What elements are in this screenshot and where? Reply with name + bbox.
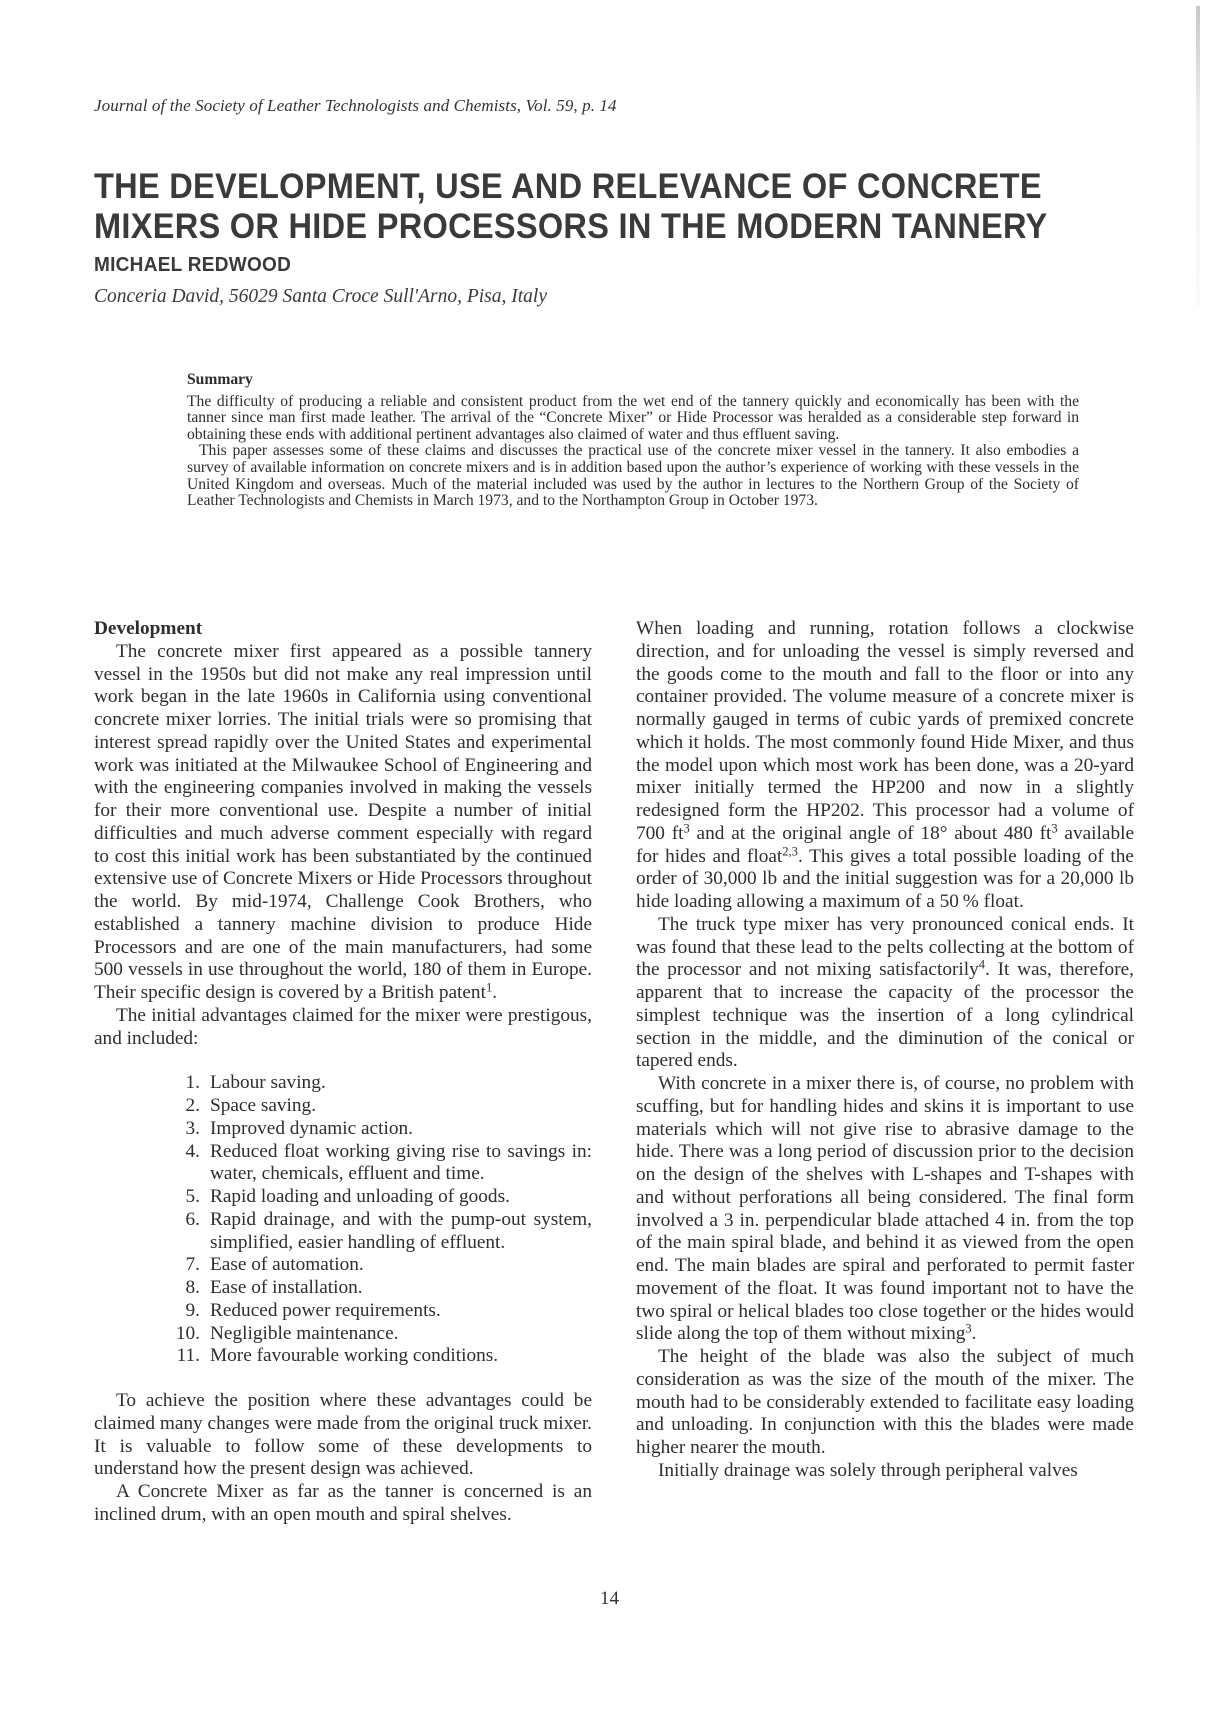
list-item: 9.Reduced power requirements. bbox=[94, 1300, 592, 1323]
page-number: 14 bbox=[600, 1588, 619, 1610]
list-text: More favourable working conditions. bbox=[210, 1345, 498, 1366]
body-paragraph: The initial advantages claimed for the m… bbox=[94, 1005, 592, 1051]
reference-marker: 2,3 bbox=[782, 844, 798, 858]
list-text: Reduced float working giving rise to sav… bbox=[210, 1141, 592, 1185]
body-paragraph: The truck type mixer has very pronounced… bbox=[636, 914, 1134, 1073]
paragraph-text: With concrete in a mixer there is, of co… bbox=[636, 1073, 1134, 1344]
summary-heading: Summary bbox=[187, 372, 1079, 389]
body-paragraph: Initially drainage was solely through pe… bbox=[636, 1460, 1134, 1483]
article-title: THE DEVELOPMENT, USE AND RELEVANCE OF CO… bbox=[94, 167, 1098, 247]
body-paragraph: A Concrete Mixer as far as the tanner is… bbox=[94, 1481, 592, 1527]
list-item: 5.Rapid loading and unloading of goods. bbox=[94, 1186, 592, 1209]
list-text: Negligible maintenance. bbox=[210, 1323, 398, 1344]
list-item: 6.Rapid drainage, and with the pump-out … bbox=[94, 1209, 592, 1255]
list-text: Improved dynamic action. bbox=[210, 1118, 413, 1139]
title-line: THE DEVELOPMENT, USE AND RELEVANCE OF CO… bbox=[94, 167, 1098, 207]
summary-section: Summary The difficulty of producing a re… bbox=[187, 372, 1079, 510]
list-text: Space saving. bbox=[210, 1095, 316, 1116]
paragraph-text: The concrete mixer first appeared as a p… bbox=[94, 641, 592, 1003]
paragraph-text: . bbox=[972, 1323, 977, 1344]
title-line: MIXERS OR HIDE PROCESSORS IN THE MODERN … bbox=[94, 207, 1098, 247]
summary-paragraph: This paper assesses some of these claims… bbox=[187, 443, 1079, 509]
list-number: 5. bbox=[94, 1186, 200, 1209]
list-item: 7.Ease of automation. bbox=[94, 1254, 592, 1277]
body-paragraph: With concrete in a mixer there is, of co… bbox=[636, 1073, 1134, 1346]
list-item: 11.More favourable working conditions. bbox=[94, 1345, 592, 1368]
right-column: When loading and running, rotation follo… bbox=[636, 618, 1134, 1483]
list-number: 7. bbox=[94, 1254, 200, 1277]
list-number: 4. bbox=[94, 1141, 200, 1164]
list-number: 10. bbox=[94, 1323, 200, 1346]
author-affiliation: Conceria David, 56029 Santa Croce Sull'A… bbox=[94, 286, 547, 308]
paragraph-text: . bbox=[492, 982, 497, 1003]
list-number: 11. bbox=[94, 1345, 200, 1368]
list-number: 3. bbox=[94, 1118, 200, 1141]
list-item: 10.Negligible maintenance. bbox=[94, 1323, 592, 1346]
list-number: 1. bbox=[94, 1072, 200, 1095]
list-text: Reduced power requirements. bbox=[210, 1300, 441, 1321]
list-text: Rapid loading and unloading of goods. bbox=[210, 1186, 510, 1207]
author-name: MICHAEL REDWOOD bbox=[94, 254, 291, 277]
body-paragraph: When loading and running, rotation follo… bbox=[636, 618, 1134, 914]
advantages-list: 1.Labour saving. 2.Space saving. 3.Impro… bbox=[94, 1072, 592, 1368]
list-number: 9. bbox=[94, 1300, 200, 1323]
body-paragraph: To achieve the position where these adva… bbox=[94, 1390, 592, 1481]
body-paragraph: The height of the blade was also the sub… bbox=[636, 1346, 1134, 1460]
list-text: Rapid drainage, and with the pump-out sy… bbox=[210, 1209, 592, 1253]
list-text: Ease of installation. bbox=[210, 1277, 363, 1298]
list-item: 2.Space saving. bbox=[94, 1095, 592, 1118]
list-text: Ease of automation. bbox=[210, 1254, 364, 1275]
list-item: 3.Improved dynamic action. bbox=[94, 1118, 592, 1141]
body-paragraph: The concrete mixer first appeared as a p… bbox=[94, 641, 592, 1005]
list-number: 6. bbox=[94, 1209, 200, 1232]
list-item: 8.Ease of installation. bbox=[94, 1277, 592, 1300]
list-item: 1.Labour saving. bbox=[94, 1072, 592, 1095]
journal-citation: Journal of the Society of Leather Techno… bbox=[94, 96, 617, 116]
left-column: Development The concrete mixer first app… bbox=[94, 618, 592, 1527]
summary-paragraph: The difficulty of producing a reliable a… bbox=[187, 394, 1079, 444]
list-number: 2. bbox=[94, 1095, 200, 1118]
list-item: 4.Reduced float working giving rise to s… bbox=[94, 1141, 592, 1187]
list-text: Labour saving. bbox=[210, 1072, 326, 1093]
paragraph-text: and at the original angle of 18° about 4… bbox=[690, 823, 1052, 844]
section-heading-development: Development bbox=[94, 618, 592, 641]
paragraph-text: When loading and running, rotation follo… bbox=[636, 618, 1134, 844]
list-number: 8. bbox=[94, 1277, 200, 1300]
scan-edge-artifact bbox=[1196, 6, 1200, 306]
